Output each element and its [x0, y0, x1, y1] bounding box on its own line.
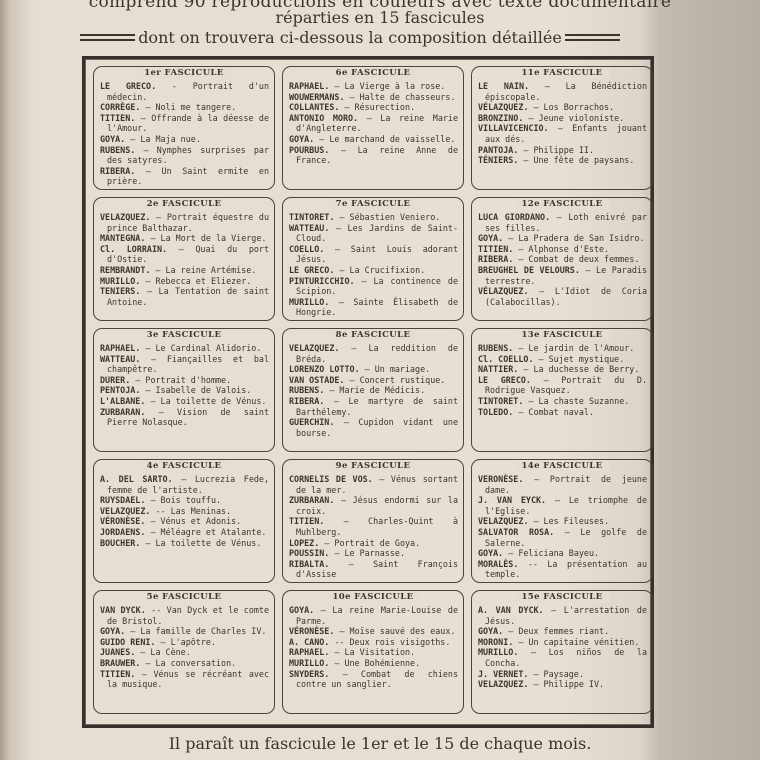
artwork-title: — Un mariage. [365, 364, 431, 374]
header-line-3: dont on trouvera ci-dessous la compositi… [80, 28, 620, 47]
artist-name: VÉRONÈSE. [100, 516, 145, 526]
fascicule-title: 11e FASCICULE [472, 60, 652, 79]
artwork-title: — La famille de Charles IV. [130, 626, 266, 636]
artist-name: RIBALTA. [289, 559, 329, 569]
artwork-entry: POURBUS. — La reine Anne de France. [289, 145, 458, 166]
artwork-title: — Un capitaine vénitien. [518, 637, 639, 647]
fascicule-title: 14e FASCICULE [472, 453, 652, 472]
fascicule-box: 3e FASCICULERAPHAEL. — Le Cardinal Alido… [93, 328, 275, 452]
artwork-entry: GOYA. — La famille de Charles IV. [100, 626, 269, 637]
artist-name: A. DEL SARTO. [100, 474, 173, 484]
artist-name: LORENZO LOTTO. [289, 364, 360, 374]
fascicule-title: 6e FASCICULE [283, 60, 463, 79]
fascicule-box: 6e FASCICULERAPHAEL. — La Vierge à la ro… [282, 66, 464, 190]
artist-name: VERONÈSE. [478, 474, 523, 484]
artwork-entry: Cl. LORRAIN. — Quai du port d'Ostie. [100, 244, 269, 265]
fascicule-box: 7e FASCICULETINTORET. — Sébastien Venier… [282, 197, 464, 321]
artist-name: GOYA. [478, 548, 503, 558]
artist-name: PINTURICCHIO. [289, 276, 355, 286]
artwork-entry: LUCA GIORDANO. — Loth enivré par ses fil… [478, 212, 647, 233]
artwork-entry: RIBERA. — Le martyre de saint Barthélemy… [289, 396, 458, 417]
artist-name: MURILLO. [289, 658, 329, 668]
artist-name: SNYDERS. [289, 669, 329, 679]
artwork-title: — La Pradera de San Isidro. [508, 233, 644, 243]
artwork-entry: VILLAVICENCIO. — Enfants jouant aux dés. [478, 123, 647, 144]
artwork-title: — Sujet mystique. [539, 354, 625, 364]
artwork-entry: RUYSDAEL. — Bois touffu. [100, 495, 269, 506]
artist-name: DURER. [100, 375, 130, 385]
artwork-entry: JUANES. — La Cène. [100, 647, 269, 658]
artwork-title: — Isabelle de Valois. [145, 385, 251, 395]
artwork-title: — Paysage. [533, 669, 583, 679]
artist-name: LOPEZ. [289, 538, 319, 548]
artist-name: J. VERNET. [478, 669, 528, 679]
fascicule-box: 10e FASCICULEGOYA. — La reine Marie-Loui… [282, 590, 464, 714]
artwork-entry: TITIEN. — Charles-Quint à Muhlberg. [289, 516, 458, 537]
artist-name: CORNELIS DE VOS. [289, 474, 373, 484]
artwork-entry: MANTEGNA. — La Mort de la Vierge. [100, 233, 269, 244]
artist-name: GOYA. [100, 626, 125, 636]
fascicule-box: 4e FASCICULEA. DEL SARTO. — Lucrezia Fed… [93, 459, 275, 583]
artwork-title: — Portrait d'homme. [135, 375, 231, 385]
artist-name: LE NAIN. [478, 81, 529, 91]
fascicule-title: 12e FASCICULE [472, 191, 652, 210]
fascicule-box: 14e FASCICULEVERONÈSE. — Portrait de jeu… [471, 459, 653, 583]
artist-name: TINTORET. [478, 396, 523, 406]
artwork-entry: Cl. COELLO. — Sujet mystique. [478, 354, 647, 365]
fascicule-box: 8e FASCICULEVELAZQUEZ. — La reddition de… [282, 328, 464, 452]
artwork-entry: LOPEZ. — Portrait de Goya. [289, 538, 458, 549]
artwork-title: — Noli me tangere. [145, 102, 236, 112]
artwork-title: — Los Borrachos. [533, 102, 614, 112]
artist-name: TOLEDO. [478, 407, 513, 417]
fascicule-title-text: 11e FASCICULE [515, 68, 608, 78]
artwork-title: — Moïse sauvé des eaux. [339, 626, 455, 636]
fascicule-title: 3e FASCICULE [94, 322, 274, 341]
artist-name: TITIEN. [100, 113, 135, 123]
artist-name: Cl. LORRAIN. [100, 244, 167, 254]
artwork-entry: J. VAN EYCK. — Le triomphe de l'Eglise. [478, 495, 647, 516]
artist-name: MANTEGNA. [100, 233, 145, 243]
artwork-title: — Deux femmes riant. [508, 626, 609, 636]
artist-name: COELLO. [289, 244, 324, 254]
fascicule-title-text: 3e FASCICULE [141, 330, 228, 340]
artwork-entry: TENIERS. — La Tentation de saint Antoine… [100, 286, 269, 307]
fascicule-box: 13e FASCICULERUBENS. — Le jardin de l'Am… [471, 328, 653, 452]
artwork-entry: BRONZINO. — Jeune violoniste. [478, 113, 647, 124]
fascicule-title-text: 10e FASCICULE [326, 592, 419, 602]
fascicule-grid: 1er FASCICULELE GRECO. - Portrait d'un m… [93, 66, 653, 721]
artist-name: TITIEN. [100, 669, 135, 679]
artwork-entry: BOUCHER. — La toilette de Vénus. [100, 538, 269, 549]
artist-name: VELAZQUEZ. [478, 516, 528, 526]
fascicule-title-text: 4e FASCICULE [141, 461, 228, 471]
fascicule-title: 7e FASCICULE [283, 191, 463, 210]
double-rule-left [80, 34, 135, 41]
artwork-entry: LE GRECO. — La Crucifixion. [289, 265, 458, 276]
artist-name: LE GRECO. [100, 81, 156, 91]
artwork-entry: VELAZQUEZ. — La reddition de Bréda. [289, 343, 458, 364]
artwork-title: — La conversation. [145, 658, 236, 668]
artwork-entry: GOYA. — La Pradera de San Isidro. [478, 233, 647, 244]
artist-name: LE GRECO. [478, 375, 531, 385]
artwork-entry: VÉRONÈSE. — Moïse sauvé des eaux. [289, 626, 458, 637]
artwork-entry: VÉLAZQUEZ. — L'Idiot de Coria (Calabocil… [478, 286, 647, 307]
artwork-entry: TINTORET. — La chaste Suzanne. [478, 396, 647, 407]
artist-name: GOYA. [289, 134, 314, 144]
artwork-entry: ANTONIO MORO. — La reine Marie d'Anglete… [289, 113, 458, 134]
artist-name: MURILLO. [289, 297, 329, 307]
artist-name: RIBERA. [100, 166, 135, 176]
artist-name: Cl. COELLO. [478, 354, 533, 364]
artist-name: TITIEN. [478, 244, 513, 254]
fascicule-title-text: 12e FASCICULE [515, 199, 608, 209]
artwork-title: — Combat de deux femmes. [518, 254, 639, 264]
fascicule-title-text: 8e FASCICULE [330, 330, 417, 340]
artist-name: NATTIER. [478, 364, 518, 374]
artist-name: VAN DYCK. [100, 605, 146, 615]
artist-name: RAPHAEL. [289, 647, 329, 657]
artwork-entry: PINTURICCHIO. — La continence de Scipion… [289, 276, 458, 297]
artist-name: VILLAVICENCIO. [478, 123, 549, 133]
artwork-entry: ZURBARAN. — Jésus endormi sur la croix. [289, 495, 458, 516]
fascicule-title: 1er FASCICULE [94, 60, 274, 79]
artist-name: GUIDO RENI. [100, 637, 155, 647]
artwork-title: — Philippe II. [523, 145, 594, 155]
artwork-entry: A. DEL SARTO. — Lucrezia Fede, femme de … [100, 474, 269, 495]
artist-name: TÉNIERS. [478, 155, 518, 165]
artwork-entry: WOUWERMANS. — Halte de chasseurs. [289, 92, 458, 103]
artwork-entry: LE NAIN. — La Bénédiction épiscopale. [478, 81, 647, 102]
fascicule-title-text: 7e FASCICULE [330, 199, 417, 209]
artwork-title: — La Maja nue. [130, 134, 201, 144]
artwork-entry: VÉLAZQUEZ. — Los Borrachos. [478, 102, 647, 113]
artwork-entry: L'ALBANE. — La toilette de Vénus. [100, 396, 269, 407]
artwork-entry: RAPHAEL. — Le Cardinal Alidorio. [100, 343, 269, 354]
fascicule-title-text: 14e FASCICULE [515, 461, 608, 471]
fascicule-box: 5e FASCICULEVAN DYCK. -- Van Dyck et le … [93, 590, 275, 714]
fascicule-title-text: 5e FASCICULE [141, 592, 228, 602]
artwork-entry: SNYDERS. — Combat de chiens contre un sa… [289, 669, 458, 690]
artwork-entry: RUBENS. — Nymphes surprises par des saty… [100, 145, 269, 166]
scanned-page: comprend 90 reproductions en couleurs av… [0, 0, 760, 760]
fascicule-box: 2e FASCICULEVELAZQUEZ. — Portrait équest… [93, 197, 275, 321]
artwork-title: — Combat naval. [518, 407, 594, 417]
fascicule-title: 10e FASCICULE [283, 584, 463, 603]
artwork-entry: WATTEAU. — Fiançailles et bal champêtre. [100, 354, 269, 375]
artist-name: GOYA. [478, 626, 503, 636]
artist-name: GOYA. [478, 233, 503, 243]
artist-name: ZURBARAN. [289, 495, 334, 505]
artwork-title: — Jeune violoniste. [528, 113, 624, 123]
artwork-title: — Le jardin de l'Amour. [518, 343, 634, 353]
artwork-entry: MORONI. — Un capitaine vénitien. [478, 637, 647, 648]
fascicule-title-text: 15e FASCICULE [515, 592, 608, 602]
artist-name: A. VAN DYCK. [478, 605, 544, 615]
artist-name: GUERCHIN. [289, 417, 334, 427]
artwork-entry: RUBENS. — Marie de Médicis. [289, 385, 458, 396]
fascicule-title: 5e FASCICULE [94, 584, 274, 603]
artwork-entry: GOYA. — La Maja nue. [100, 134, 269, 145]
artist-name: WOUWERMANS. [289, 92, 344, 102]
artist-name: VELAZQUEZ. [289, 343, 339, 353]
fascicule-title-text: 9e FASCICULE [330, 461, 417, 471]
artwork-title: — Philippe IV. [533, 679, 604, 689]
fascicule-box: 15e FASCICULEA. VAN DYCK. — L'arrestatio… [471, 590, 653, 714]
artwork-entry: MURILLO. — Une Bohémienne. [289, 658, 458, 669]
artwork-title: -- Las Meninas. [155, 506, 231, 516]
artist-name: RIBERA. [478, 254, 513, 264]
artist-name: TITIEN. [289, 516, 324, 526]
artwork-entry: VAN DYCK. -- Van Dyck et le comte de Bri… [100, 605, 269, 626]
artist-name: PANTOJA. [478, 145, 518, 155]
header-line-3-text: dont on trouvera ci-dessous la compositi… [138, 28, 562, 47]
artwork-title: — Une fête de paysans. [523, 155, 634, 165]
artwork-title: — Sébastien Veniero. [339, 212, 440, 222]
fascicule-title: 15e FASCICULE [472, 584, 652, 603]
artist-name: SALVATOR ROSA. [478, 527, 554, 537]
fascicule-title: 13e FASCICULE [472, 322, 652, 341]
artwork-title: — La toilette de Vénus. [150, 396, 266, 406]
artwork-title: — L'apôtre. [161, 637, 216, 647]
artist-name: JUANES. [100, 647, 135, 657]
fascicule-title-text: 2e FASCICULE [141, 199, 228, 209]
artwork-entry: PENTOJA. — Isabelle de Valois. [100, 385, 269, 396]
footer-note: Il paraît un fascicule le 1er et le 15 d… [0, 734, 760, 753]
artwork-entry: MURILLO. — Sainte Élisabeth de Hongrie. [289, 297, 458, 318]
artwork-entry: TINTORET. — Sébastien Veniero. [289, 212, 458, 223]
artwork-entry: GUIDO RENI. — L'apôtre. [100, 637, 269, 648]
fascicule-title: 2e FASCICULE [94, 191, 274, 210]
artist-name: PENTOJA. [100, 385, 140, 395]
artwork-entry: GUERCHIN. — Cupidon vidant une bourse. [289, 417, 458, 438]
artwork-entry: POUSSIN. — Le Parnasse. [289, 548, 458, 559]
artwork-title: — Alphonse d'Este. [518, 244, 609, 254]
artwork-title: — Bois touffu. [150, 495, 221, 505]
artwork-entry: GOYA. — Feliciana Bayeu. [478, 548, 647, 559]
artwork-title: — La toilette de Vénus. [145, 538, 261, 548]
fascicule-box: 9e FASCICULECORNELIS DE VOS. — Vénus sor… [282, 459, 464, 583]
artwork-entry: VERONÈSE. — Portrait de jeune dame. [478, 474, 647, 495]
artist-name: LE GRECO. [289, 265, 334, 275]
artwork-title: — Une Bohémienne. [334, 658, 420, 668]
artist-name: ANTONIO MORO. [289, 113, 358, 123]
artist-name: REMBRANDT. [100, 265, 150, 275]
artwork-title: — Résurection. [344, 102, 415, 112]
fascicule-box: 1er FASCICULELE GRECO. - Portrait d'un m… [93, 66, 275, 190]
artist-name: POURBUS. [289, 145, 329, 155]
artwork-title: — La Cène. [140, 647, 190, 657]
artist-name: VÉRONÈSE. [289, 626, 334, 636]
artwork-entry: TITIEN. — Vénus se récréant avec la musi… [100, 669, 269, 690]
artwork-entry: VAN OSTADE. — Concert rustique. [289, 375, 458, 386]
artist-name: RIBERA. [289, 396, 324, 406]
artist-name: COLLANTES. [289, 102, 339, 112]
fascicule-title: 9e FASCICULE [283, 453, 463, 472]
artwork-entry: NATTIER. — La duchesse de Berry. [478, 364, 647, 375]
artwork-entry: RIBALTA. — Saint François d'Assise [289, 559, 458, 580]
artist-name: J. VAN EYCK. [478, 495, 546, 505]
artwork-entry: RIBERA. — Combat de deux femmes. [478, 254, 647, 265]
artist-name: VAN OSTADE. [289, 375, 344, 385]
fascicule-box: 11e FASCICULELE NAIN. — La Bénédiction é… [471, 66, 653, 190]
artwork-entry: REMBRANDT. — La reine Artémise. [100, 265, 269, 276]
artwork-title: — La Vierge à la rose. [334, 81, 445, 91]
artist-name: BRONZINO. [478, 113, 523, 123]
artwork-entry: CORRÈGE. — Noli me tangere. [100, 102, 269, 113]
artwork-entry: LORENZO LOTTO. — Un mariage. [289, 364, 458, 375]
artwork-entry: VELAZQUEZ. — Portrait équestre du prince… [100, 212, 269, 233]
artwork-entry: DURER. — Portrait d'homme. [100, 375, 269, 386]
artwork-entry: RAPHAEL. — La Vierge à la rose. [289, 81, 458, 92]
artist-name: MURILLO. [100, 276, 140, 286]
artwork-title: — Vénus et Adonis. [150, 516, 241, 526]
artist-name: LUCA GIORDANO. [478, 212, 550, 222]
artwork-entry: WATTEAU. — Les Jardins de Saint-Cloud. [289, 223, 458, 244]
artist-name: GOYA. [289, 605, 314, 615]
fascicule-title: 4e FASCICULE [94, 453, 274, 472]
artist-name: RAPHAEL. [289, 81, 329, 91]
artwork-title: — Le Cardinal Alidorio. [145, 343, 261, 353]
artwork-title: — La Mort de la Vierge. [150, 233, 266, 243]
artist-name: VÉLAZQUEZ. [478, 102, 528, 112]
artwork-entry: GOYA. — La reine Marie-Louise de Parme. [289, 605, 458, 626]
artwork-entry: GOYA. — Le marchand de vaisselle. [289, 134, 458, 145]
artist-name: MORONI. [478, 637, 513, 647]
artist-name: GOYA. [100, 134, 125, 144]
artist-name: BREUGHEL DE VELOURS. [478, 265, 580, 275]
fascicule-box: 12e FASCICULELUCA GIORDANO. — Loth enivr… [471, 197, 653, 321]
artwork-title: — La duchesse de Berry. [523, 364, 639, 374]
artwork-entry: TÉNIERS. — Une fête de paysans. [478, 155, 647, 166]
artwork-title: — Portrait de Goya. [324, 538, 420, 548]
artwork-entry: JORDAENS. — Méléagre et Atalante. [100, 527, 269, 538]
artist-name: POUSSIN. [289, 548, 329, 558]
artwork-title: — La reine Marie-Louise de Parme. [296, 605, 458, 626]
artwork-title: -- Deux rois visigoths. [334, 637, 450, 647]
artwork-title: — La Crucifixion. [339, 265, 425, 275]
artwork-entry: BRAUWER. — La conversation. [100, 658, 269, 669]
artwork-title: — Méléagre et Atalante. [150, 527, 266, 537]
artwork-entry: MURILLO. — Los niños de la Concha. [478, 647, 647, 668]
artwork-title: — Halte de chasseurs. [350, 92, 456, 102]
artwork-entry: RUBENS. — Le jardin de l'Amour. [478, 343, 647, 354]
artwork-title: — La reine Artémise. [155, 265, 256, 275]
artist-name: ZURBARAN. [100, 407, 145, 417]
artwork-entry: MORALÈS. -- La présentation au temple. [478, 559, 647, 580]
artwork-entry: VELAZQUEZ. -- Las Meninas. [100, 506, 269, 517]
artist-name: A. CANO. [289, 637, 329, 647]
artwork-title: — Concert rustique. [350, 375, 446, 385]
fascicule-title-text: 6e FASCICULE [330, 68, 417, 78]
artwork-title: — Les Fileuses. [533, 516, 609, 526]
artwork-entry: GOYA. — Deux femmes riant. [478, 626, 647, 637]
artist-name: WATTEAU. [289, 223, 329, 233]
artwork-title: — Le marchand de vaisselle. [319, 134, 455, 144]
artwork-entry: LE GRECO. - Portrait d'un médecin. [100, 81, 269, 102]
artist-name: TINTORET. [289, 212, 334, 222]
artist-name: CORRÈGE. [100, 102, 140, 112]
artist-name: JORDAENS. [100, 527, 145, 537]
artwork-entry: MURILLO. — Rebecca et Eliezer. [100, 276, 269, 287]
artist-name: VELAZQUEZ. [100, 506, 150, 516]
fascicule-title: 8e FASCICULE [283, 322, 463, 341]
artwork-entry: PANTOJA. — Philippe II. [478, 145, 647, 156]
artwork-title: — La chaste Suzanne. [528, 396, 629, 406]
artwork-entry: LE GRECO. — Portrait du D. Rodrigue Vasq… [478, 375, 647, 396]
artist-name: MURILLO. [478, 647, 518, 657]
artwork-entry: COLLANTES. — Résurection. [289, 102, 458, 113]
fascicule-title-text: 1er FASCICULE [138, 68, 230, 78]
artist-name: BOUCHER. [100, 538, 140, 548]
artist-name: RAPHAEL. [100, 343, 140, 353]
artwork-entry: COELLO. — Saint Louis adorant Jésus. [289, 244, 458, 265]
artist-name: MORALÈS. [478, 559, 518, 569]
artist-name: WATTEAU. [100, 354, 140, 364]
header-line-2: réparties en 15 fascicules [0, 8, 760, 27]
double-rule-right [565, 34, 620, 41]
artwork-title: — Marie de Médicis. [329, 385, 425, 395]
artist-name: L'ALBANE. [100, 396, 145, 406]
artwork-title: — Le Parnasse. [334, 548, 405, 558]
artist-name: RUBENS. [100, 145, 135, 155]
artwork-title: — Feliciana Bayeu. [508, 548, 599, 558]
artwork-entry: VÉRONÈSE. — Vénus et Adonis. [100, 516, 269, 527]
artist-name: RUBENS. [289, 385, 324, 395]
artwork-entry: BREUGHEL DE VELOURS. — Le Paradis terres… [478, 265, 647, 286]
fascicule-title-text: 13e FASCICULE [515, 330, 608, 340]
artwork-entry: RIBERA. — Un Saint ermite en prière. [100, 166, 269, 187]
artwork-entry: RAPHAEL. — La Visitation. [289, 647, 458, 658]
artwork-entry: J. VERNET. — Paysage. [478, 669, 647, 680]
artist-name: VELAZQUEZ. [478, 679, 528, 689]
artwork-entry: ZURBARAN. — Vision de saint Pierre Nolas… [100, 407, 269, 428]
artwork-entry: CORNELIS DE VOS. — Vénus sortant de la m… [289, 474, 458, 495]
artwork-entry: VELAZQUEZ. — Les Fileuses. [478, 516, 647, 527]
artwork-title: — Rebecca et Eliezer. [145, 276, 251, 286]
artwork-entry: TITIEN. — Alphonse d'Este. [478, 244, 647, 255]
artist-name: TENIERS. [100, 286, 140, 296]
artist-name: RUBENS. [478, 343, 513, 353]
artwork-title: — La Visitation. [334, 647, 415, 657]
artist-name: VÉLAZQUEZ. [478, 286, 528, 296]
artwork-entry: SALVATOR ROSA. — Le golfe de Salerne. [478, 527, 647, 548]
artwork-entry: A. VAN DYCK. — L'arrestation de Jésus. [478, 605, 647, 626]
artist-name: VELAZQUEZ. [100, 212, 150, 222]
artist-name: RUYSDAEL. [100, 495, 145, 505]
artist-name: BRAUWER. [100, 658, 140, 668]
artwork-entry: TITIEN. — Offrande à la déesse de l'Amou… [100, 113, 269, 134]
artwork-entry: A. CANO. -- Deux rois visigoths. [289, 637, 458, 648]
artwork-entry: VELAZQUEZ. — Philippe IV. [478, 679, 647, 690]
artwork-entry: TOLEDO. — Combat naval. [478, 407, 647, 418]
